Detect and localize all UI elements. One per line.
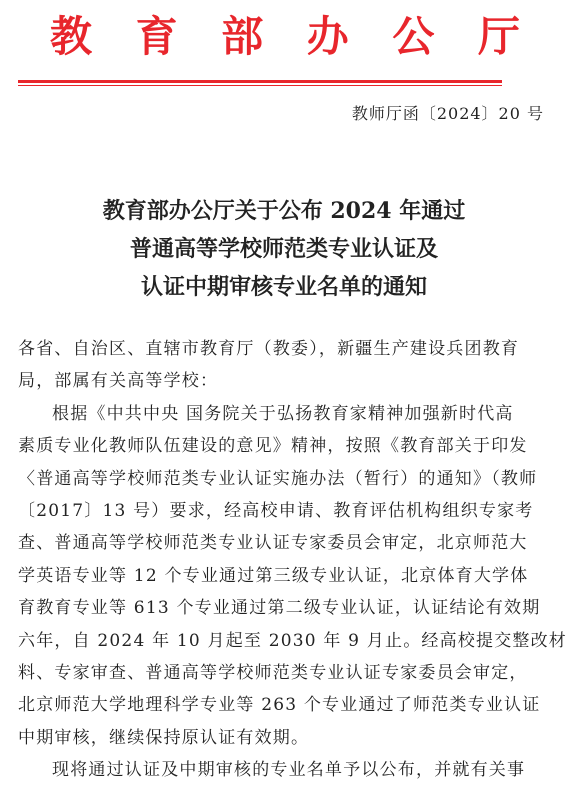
issuing-office-header: 教 育 部 办 公 厅 xyxy=(50,12,520,62)
body-line: 各省、自治区、直辖市教育厅（教委），新疆生产建设兵团教育 xyxy=(18,333,504,365)
body-line: 〔2017〕13 号）要求，经高校申请、教育评估机构组织专家考 xyxy=(18,495,504,527)
header-char: 部 xyxy=(221,12,263,62)
body-line: 查、普通高等学校师范类专业认证专家委员会审定，北京师范大 xyxy=(18,527,504,559)
header-char: 厅 xyxy=(478,12,520,62)
paragraph-2: 现将通过认证及中期审核的专业名单予以公布，并就有关事 xyxy=(18,754,504,786)
body-line: 北京师范大学地理科学专业等 263 个专业通过了师范类专业认证 xyxy=(18,689,504,721)
body-line: 根据《中共中央 国务院关于弘扬教育家精神加强新时代高 xyxy=(18,398,504,430)
body-line: 六年，自 2024 年 10 月起至 2030 年 9 月止。经高校提交整改材 xyxy=(18,625,504,657)
salutation: 各省、自治区、直辖市教育厅（教委），新疆生产建设兵团教育 局，部属有关高等学校： xyxy=(18,333,504,398)
title-line: 认证中期审核专业名单的通知 xyxy=(0,268,568,306)
body-line: 现将通过认证及中期审核的专业名单予以公布，并就有关事 xyxy=(18,754,504,786)
red-divider-thin xyxy=(18,85,502,86)
body-line: 学英语专业等 12 个专业通过第三级专业认证，北京体育大学体 xyxy=(18,560,504,592)
title-line: 普通高等学校师范类专业认证及 xyxy=(0,230,568,268)
document-number: 教师厅函〔2024〕20 号 xyxy=(352,103,544,125)
body-line: 素质专业化教师队伍建设的意见》精神，按照《教育部关于印发 xyxy=(18,430,504,462)
document-title: 教育部办公厅关于公布 2024 年通过 普通高等学校师范类专业认证及 认证中期审… xyxy=(0,192,568,306)
body-line: 育教育专业等 613 个专业通过第二级专业认证，认证结论有效期 xyxy=(18,592,504,624)
body-line: 〈普通高等学校师范类专业认证实施办法（暂行）的通知》（教师 xyxy=(18,463,504,495)
header-char: 办 xyxy=(307,12,349,62)
body-line: 中期审核，继续保持原认证有效期。 xyxy=(18,722,504,754)
header-char: 育 xyxy=(136,12,178,62)
red-divider-thick xyxy=(18,80,502,83)
body-line: 局，部属有关高等学校： xyxy=(18,365,504,397)
document-body: 各省、自治区、直辖市教育厅（教委），新疆生产建设兵团教育 局，部属有关高等学校：… xyxy=(18,333,504,787)
header-char: 教 xyxy=(50,12,92,62)
paragraph-1: 根据《中共中央 国务院关于弘扬教育家精神加强新时代高 素质专业化教师队伍建设的意… xyxy=(18,398,504,754)
title-line: 教育部办公厅关于公布 2024 年通过 xyxy=(0,192,568,230)
header-char: 公 xyxy=(392,12,434,62)
body-line: 料、专家审查、普通高等学校师范类专业认证专家委员会审定， xyxy=(18,657,504,689)
